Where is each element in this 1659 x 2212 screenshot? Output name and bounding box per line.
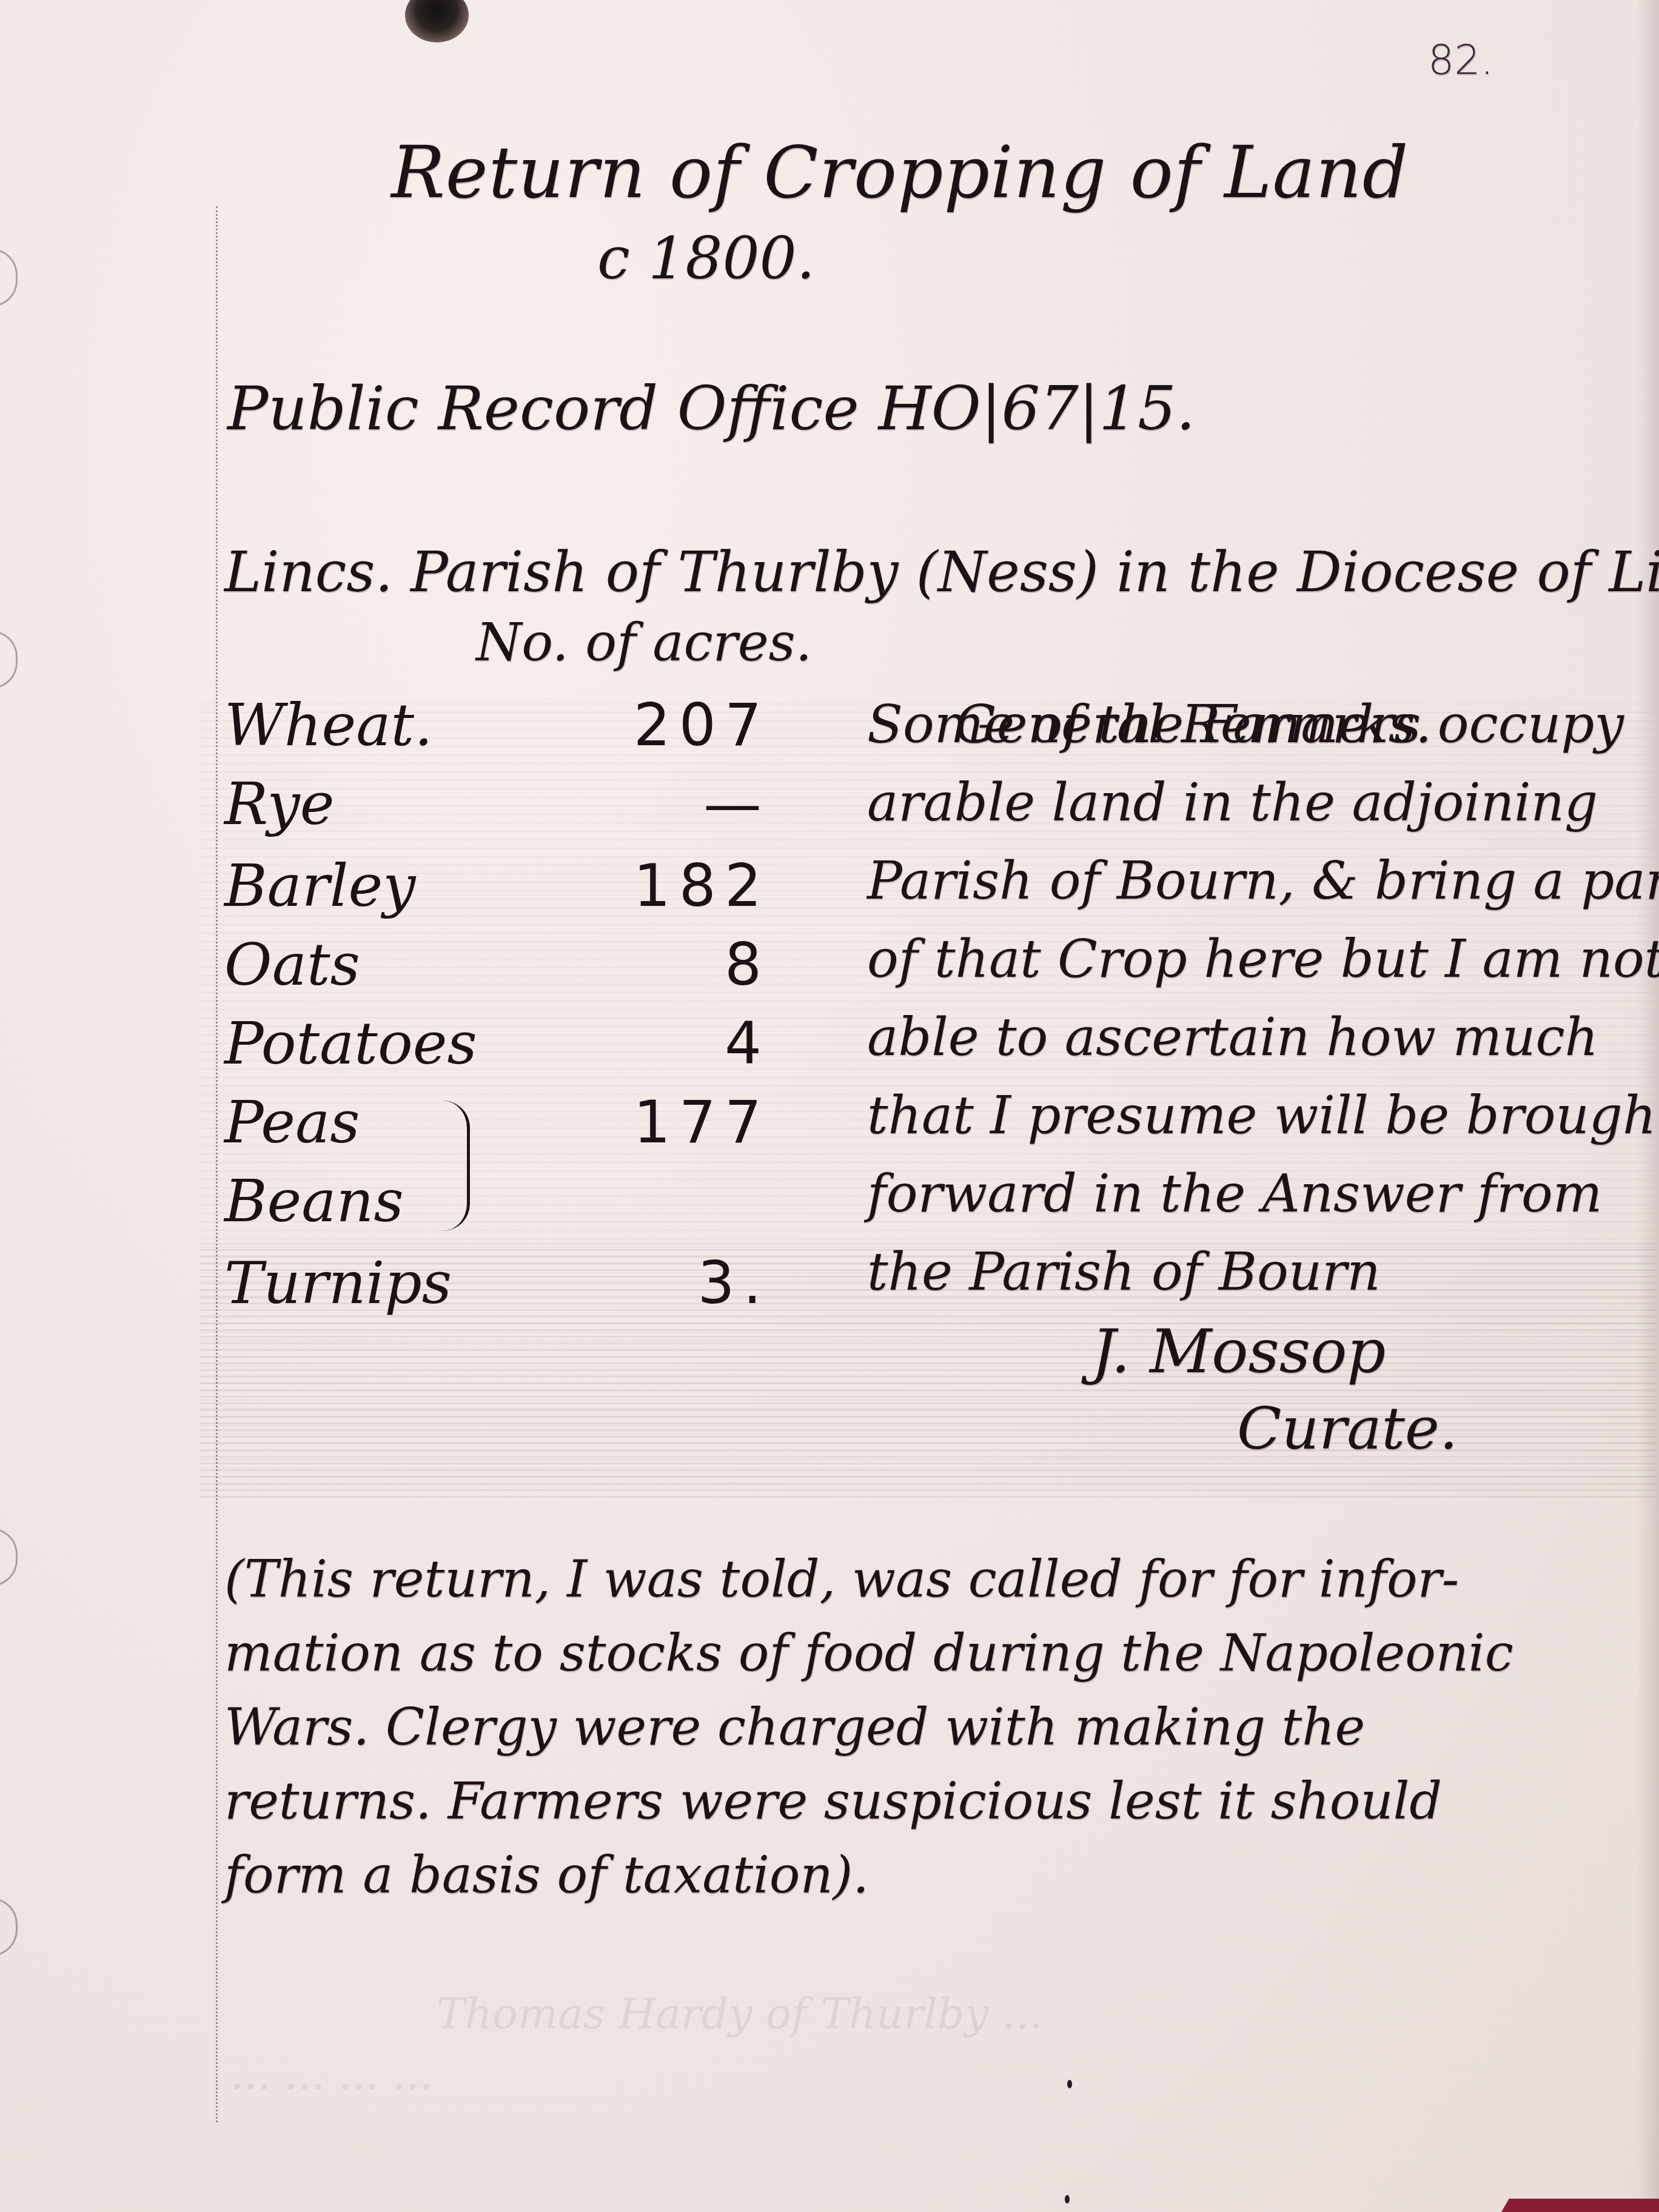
showthrough-text: Thomas Hardy of Thurlby ...	[437, 1989, 1042, 2039]
crop-name: Peas	[224, 1088, 360, 1156]
peas-beans-brace-icon	[443, 1101, 470, 1231]
showthrough-text: ... ... ... ...	[230, 2049, 433, 2099]
note-line: form a basis of taxation).	[224, 1845, 1619, 1919]
page-number: 82.	[1428, 36, 1493, 84]
note-line: mation as to stocks of food during the N…	[224, 1623, 1619, 1697]
crop-name: Oats	[224, 931, 360, 999]
crop-acres: 182	[612, 852, 770, 920]
table-row: Potatoes 4	[224, 1010, 770, 1088]
crop-name: Potatoes	[224, 1010, 477, 1078]
binder-ring-icon	[0, 1528, 18, 1586]
punch-hole-icon	[405, 0, 469, 42]
binder-ring-icon	[0, 1898, 18, 1956]
ink-dot	[1067, 2080, 1072, 2088]
binder-cover-edge	[1501, 2199, 1659, 2212]
document-title: Return of Cropping of Land	[391, 130, 1409, 214]
signature-name: J. Mossop	[1091, 1316, 1386, 1387]
parish-heading: Lincs. Parish of Thurlby (Ness) in the D…	[224, 540, 1659, 605]
margin-rule	[216, 206, 218, 2122]
crop-acres: 177	[612, 1088, 770, 1156]
remark-line: arable land in the adjoining	[867, 773, 1631, 851]
remark-line: Parish of Bourn, & bring a part	[867, 851, 1631, 929]
archive-reference: Public Record Office HO|67|15.	[227, 373, 1195, 444]
binder-ring-icon	[0, 631, 18, 689]
table-row: Wheat. 207	[224, 691, 770, 770]
table-row: Oats 8	[224, 931, 770, 1010]
remark-line: of that Crop here but I am not	[867, 929, 1631, 1007]
crop-name: Rye	[224, 770, 335, 838]
remark-line: that I presume will be brought	[867, 1085, 1631, 1164]
general-remarks: Some of the Farmers occupy arable land i…	[867, 694, 1631, 1320]
table-row: Peas 177	[224, 1088, 770, 1167]
binder-ring-icon	[0, 249, 18, 307]
crop-name: Wheat.	[224, 691, 433, 759]
ink-dot	[1065, 2195, 1070, 2204]
acres-column-header: No. of acres.	[476, 612, 812, 673]
signature-title: Curate.	[1237, 1395, 1458, 1463]
crop-name: Beans	[224, 1167, 404, 1235]
table-row: Beans	[224, 1167, 770, 1246]
remark-line: forward in the Answer from	[867, 1164, 1631, 1242]
crop-acres: 3.	[612, 1249, 770, 1317]
note-line: returns. Farmers were suspicious lest it…	[224, 1771, 1619, 1845]
table-row: Rye —	[224, 770, 770, 849]
crop-acres: 4	[612, 1010, 770, 1078]
document-page: 82. Return of Cropping of Land c 1800. P…	[0, 0, 1659, 2212]
document-date: c 1800.	[597, 224, 815, 292]
crop-name: Barley	[224, 852, 415, 920]
table-row: Turnips 3.	[224, 1249, 770, 1328]
remark-line: the Parish of Bourn	[867, 1242, 1631, 1320]
note-line: Wars. Clergy were charged with making th…	[224, 1697, 1619, 1771]
table-row: Barley 182	[224, 852, 770, 931]
crop-acres: —	[612, 770, 770, 838]
explanatory-note: (This return, I was told, was called for…	[224, 1549, 1619, 1919]
remark-line: able to ascertain how much	[867, 1007, 1631, 1085]
crop-acres: 8	[612, 931, 770, 999]
crop-acres: 207	[612, 691, 770, 759]
crop-name: Turnips	[224, 1249, 452, 1317]
note-line: (This return, I was told, was called for…	[224, 1549, 1619, 1623]
remark-line: Some of the Farmers occupy	[867, 694, 1631, 773]
